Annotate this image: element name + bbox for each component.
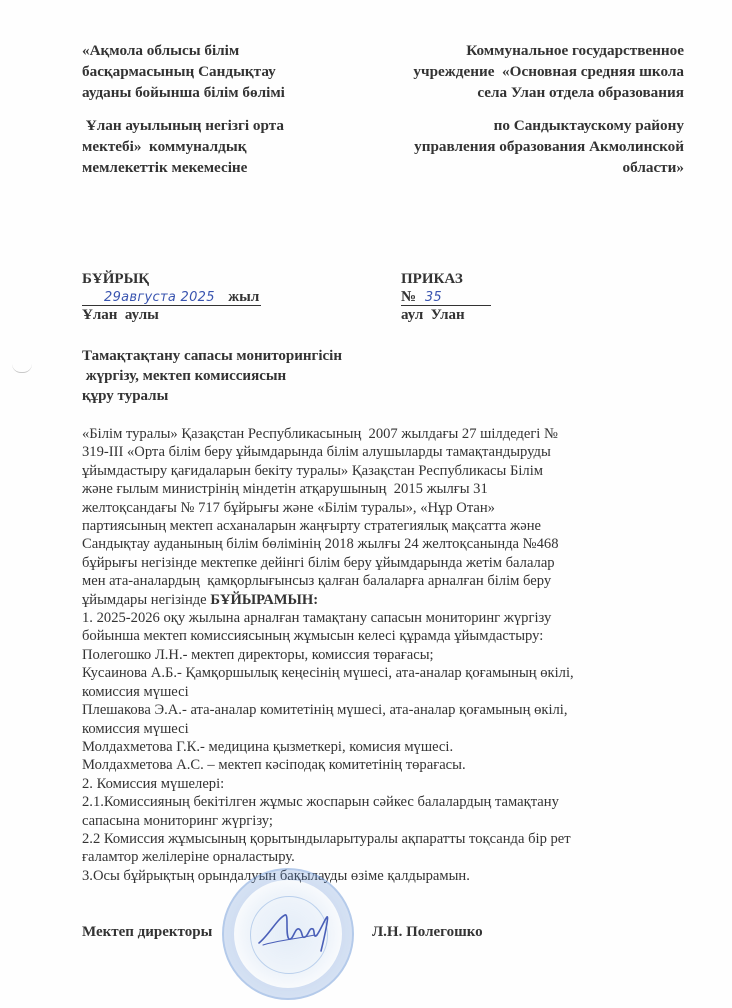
item-line: 3.Осы бұйрықтың орындалуын бақылауды өзі… bbox=[82, 867, 682, 885]
order-place: аул Улан bbox=[401, 306, 491, 324]
preamble-line: желтоқсандағы № 717 бұйрығы және «Білім … bbox=[82, 499, 682, 517]
scan-artifact-mark bbox=[12, 364, 32, 373]
order-date-underline: 29августа 2025 жыл bbox=[82, 290, 261, 306]
subject-line: Тамақтақтану сапасы мониторингісін bbox=[82, 346, 342, 366]
header-line: Коммунальное государственное bbox=[354, 40, 684, 61]
order-number-underline: № 35 bbox=[401, 290, 491, 306]
item-line: ғаламтор желілеріне орналастыру. bbox=[82, 848, 682, 866]
item-line: 2. Комиссия мүшелері: bbox=[82, 775, 682, 793]
header-left-block-2: Ұлан ауылының негізгі орта мектебі» комм… bbox=[82, 115, 352, 178]
scanned-document-page: «Ақмола облысы білім басқармасының Санды… bbox=[0, 0, 732, 1008]
header-line: области» bbox=[354, 157, 684, 178]
item-line: Плешакова Э.А.- ата-аналар комитетінің м… bbox=[82, 701, 682, 719]
preamble-line: Сандықтау ауданының білім бөлімінің 2018… bbox=[82, 535, 682, 553]
order-place: Ұлан аулы bbox=[82, 306, 261, 324]
order-number-row: № 35 bbox=[401, 288, 491, 306]
item-line: 2.1.Комиссияның бекітілген жұмыс жоспары… bbox=[82, 793, 682, 811]
preamble-line: бұйрығы негізінде мектепке дейінгі білім… bbox=[82, 554, 682, 572]
header-line: басқармасының Сандықтау bbox=[82, 61, 352, 82]
item-line: Молдахметова А.С. – мектеп кәсіподақ ком… bbox=[82, 756, 682, 774]
order-date-handwritten: 29августа 2025 bbox=[82, 290, 215, 305]
item-line: Кусаинова А.Б.- Қамқоршылық кеңесінің мү… bbox=[82, 664, 682, 682]
item-line: сапасына мониторинг жүргізу; bbox=[82, 812, 682, 830]
item-line: бойынша мектеп комиссиясының жұмысын кел… bbox=[82, 627, 682, 645]
item-line: Молдахметова Г.К.- медицина қызметкері, … bbox=[82, 738, 682, 756]
header-line: мемлекеттік мекемесіне bbox=[82, 157, 352, 178]
order-title: ПРИКАЗ bbox=[401, 270, 491, 288]
header-left-kazakh: «Ақмола облысы білім басқармасының Санды… bbox=[82, 40, 352, 178]
signer-name: Л.Н. Полегошко bbox=[372, 924, 483, 941]
decree-word: БҰЙЫРАМЫН: bbox=[210, 592, 318, 608]
order-number-label: № bbox=[401, 289, 416, 305]
order-number-handwritten: 35 bbox=[425, 290, 442, 305]
header-line: ауданы бойынша білім бөлімі bbox=[82, 82, 352, 103]
header-left-block-1: «Ақмола облысы білім басқармасының Санды… bbox=[82, 40, 352, 103]
item-line: 1. 2025-2026 оқу жылына арналған тамақта… bbox=[82, 609, 682, 627]
subject-line: жүргізу, мектеп комиссиясын bbox=[82, 366, 342, 386]
item-line: 2.2 Комиссия жұмысының қорытындыларытура… bbox=[82, 830, 682, 848]
header-line: учреждение «Основная средняя школа bbox=[354, 61, 684, 82]
signer-role: Мектеп директоры bbox=[82, 924, 212, 941]
header-right-block-1: Коммунальное государственное учреждение … bbox=[354, 40, 684, 103]
header-line: мектебі» коммуналдық bbox=[82, 136, 352, 157]
preamble-line: және ғылым министрінің міндетін атқарушы… bbox=[82, 480, 682, 498]
item-line: комиссия мүшесі bbox=[82, 720, 682, 738]
signature-block: Мектеп директоры Л.Н. Полегошко bbox=[82, 924, 582, 948]
preamble-line: «Білім туралы» Қазақстан Республикасының… bbox=[82, 425, 682, 443]
header-line: по Сандыктаускому району bbox=[354, 115, 684, 136]
decree-prefix: ұйымдары негізінде bbox=[82, 592, 210, 608]
preamble-line: мен ата-аналардың қамқорлығынсыз қалған … bbox=[82, 572, 682, 590]
preamble-line: 319-ІІІ «Орта білім беру ұйымдарында біл… bbox=[82, 443, 682, 461]
preamble-line: ұйымдастыру қағидаларын бекіту туралы» Қ… bbox=[82, 462, 682, 480]
order-body: «Білім туралы» Қазақстан Республикасының… bbox=[82, 425, 682, 885]
order-block-kazakh: БҰЙРЫҚ 29августа 2025 жыл Ұлан аулы bbox=[82, 270, 261, 324]
order-title: БҰЙРЫҚ bbox=[82, 270, 261, 288]
order-subject: Тамақтақтану сапасы мониторингісін жүргі… bbox=[82, 346, 342, 406]
preamble-line: партиясының мектеп асханаларын жаңғырту … bbox=[82, 517, 682, 535]
order-date-year-suffix: жыл bbox=[228, 289, 259, 305]
header-line: «Ақмола облысы білім bbox=[82, 40, 352, 61]
header-right-russian: Коммунальное государственное учреждение … bbox=[354, 40, 684, 178]
order-block-russian: ПРИКАЗ № 35 аул Улан bbox=[401, 270, 491, 324]
header-line: села Улан отдела образования bbox=[354, 82, 684, 103]
header-right-block-2: по Сандыктаускому району управления обра… bbox=[354, 115, 684, 178]
item-line: комиссия мүшесі bbox=[82, 683, 682, 701]
header-line: Ұлан ауылының негізгі орта bbox=[82, 115, 352, 136]
decree-line: ұйымдары негізінде БҰЙЫРАМЫН: bbox=[82, 591, 682, 609]
order-date-row: 29августа 2025 жыл bbox=[82, 288, 261, 306]
header-line: управления образования Акмолинской bbox=[354, 136, 684, 157]
item-line: Полегошко Л.Н.- мектеп директоры, комисс… bbox=[82, 646, 682, 664]
subject-line: құру туралы bbox=[82, 386, 342, 406]
